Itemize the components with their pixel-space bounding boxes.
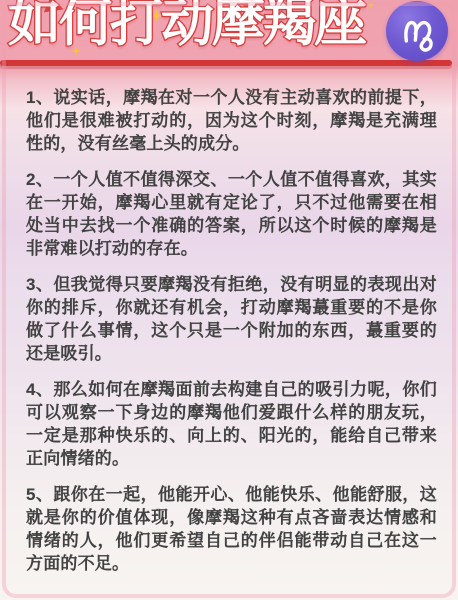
paragraph-5: 5、跟你在一起，他能开心、他能快乐、他能舒服，这就是你的价值体现，像摩羯这种有点… <box>26 483 437 575</box>
capricorn-badge <box>386 1 448 61</box>
page-title: 如何打动摩羯座 <box>8 0 365 55</box>
paragraph-4: 4、那么如何在摩羯面前去构建自己的吸引力呢，你们可以观察一下身边的摩羯他们爱跟什… <box>26 378 437 470</box>
article-body: 1、说实话，摩羯在对一个人没有主动喜欢的前提下，他们是很难被打动的，因为这个时刻… <box>26 86 437 588</box>
paragraph-1: 1、说实话，摩羯在对一个人没有主动喜欢的前提下，他们是很难被打动的，因为这个时刻… <box>26 86 437 155</box>
capricorn-symbol-icon <box>394 8 440 54</box>
zodiac-note-card: 如何打动摩羯座 1、说实话，摩羯在对一个人没有主动喜欢的前提下，他们是很难被打动… <box>0 0 458 600</box>
title-underline <box>0 60 452 66</box>
paragraph-2: 2、一个人值不值得深交、一个人值不值得喜欢，其实在一开始，摩羯心里就有定论了，只… <box>26 168 437 260</box>
title-bar: 如何打动摩羯座 <box>0 0 458 78</box>
paragraph-3: 3、但我觉得只要摩羯没有拒绝，没有明显的表现出对你的排斥，你就还有机会，打动摩羯… <box>26 273 437 365</box>
sparkle-star-icon <box>367 1 375 9</box>
